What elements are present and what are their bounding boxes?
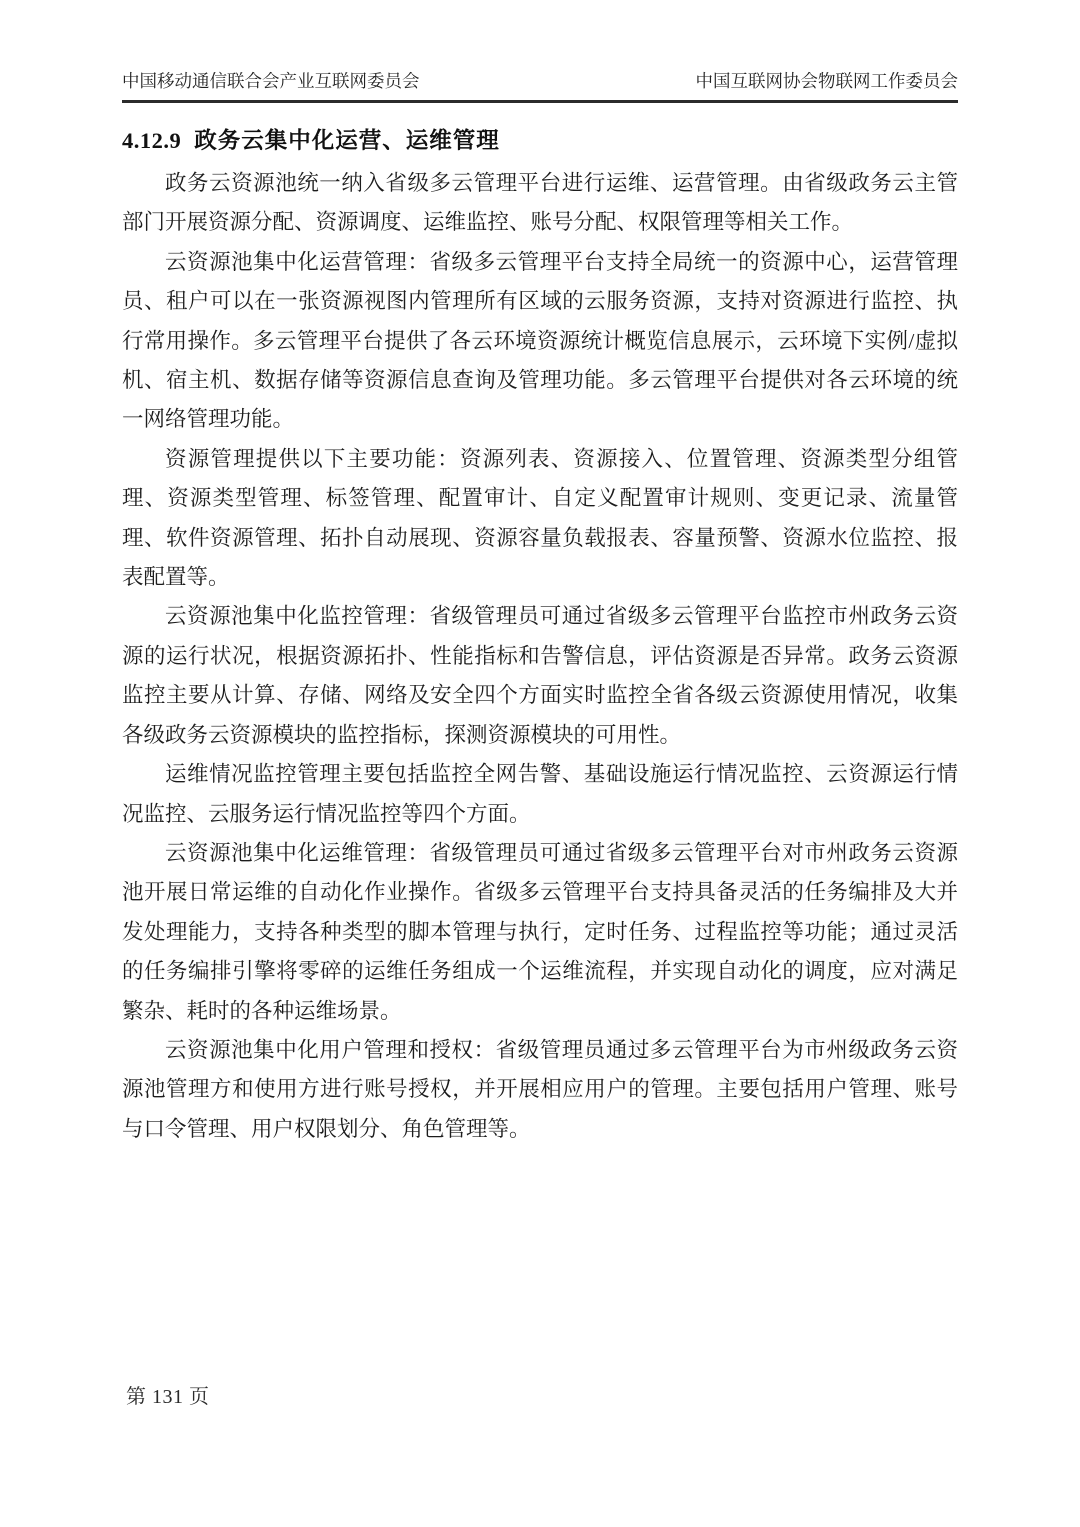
page-number: 第 131 页 — [126, 1386, 210, 1408]
paragraph: 政务云资源池统一纳入省级多云管理平台进行运维、运营管理。由省级政务云主管部门开展… — [122, 164, 958, 243]
document-page: 中国移动通信联合会产业互联网委员会 中国互联网协会物联网工作委员会 4.12.9… — [0, 0, 1080, 1527]
document-body: 政务云资源池统一纳入省级多云管理平台进行运维、运营管理。由省级政务云主管部门开展… — [122, 164, 958, 1149]
paragraph: 云资源池集中化监控管理：省级管理员可通过省级多云管理平台监控市州政务云资源的运行… — [122, 597, 958, 755]
paragraph: 云资源池集中化用户管理和授权：省级管理员通过多云管理平台为市州级政务云资源池管理… — [122, 1031, 958, 1149]
paragraph: 云资源池集中化运维管理：省级管理员可通过省级多云管理平台对市州政务云资源池开展日… — [122, 834, 958, 1031]
header-left-committee: 中国移动通信联合会产业互联网委员会 — [122, 70, 420, 93]
page-header: 中国移动通信联合会产业互联网委员会 中国互联网协会物联网工作委员会 — [122, 70, 958, 103]
paragraph: 云资源池集中化运营管理：省级多云管理平台支持全局统一的资源中心，运营管理员、租户… — [122, 243, 958, 440]
header-right-committee: 中国互联网协会物联网工作委员会 — [696, 70, 959, 93]
section-title: 政务云集中化运营、运维管理 — [194, 126, 500, 156]
section-number: 4.12.9 — [122, 126, 181, 156]
paragraph: 资源管理提供以下主要功能：资源列表、资源接入、位置管理、资源类型分组管理、资源类… — [122, 440, 958, 598]
page-footer: 第 131 页 — [126, 1380, 210, 1409]
section-heading: 4.12.9 政务云集中化运营、运维管理 — [122, 126, 958, 156]
paragraph: 运维情况监控管理主要包括监控全网告警、基础设施运行情况监控、云资源运行情况监控、… — [122, 755, 958, 834]
